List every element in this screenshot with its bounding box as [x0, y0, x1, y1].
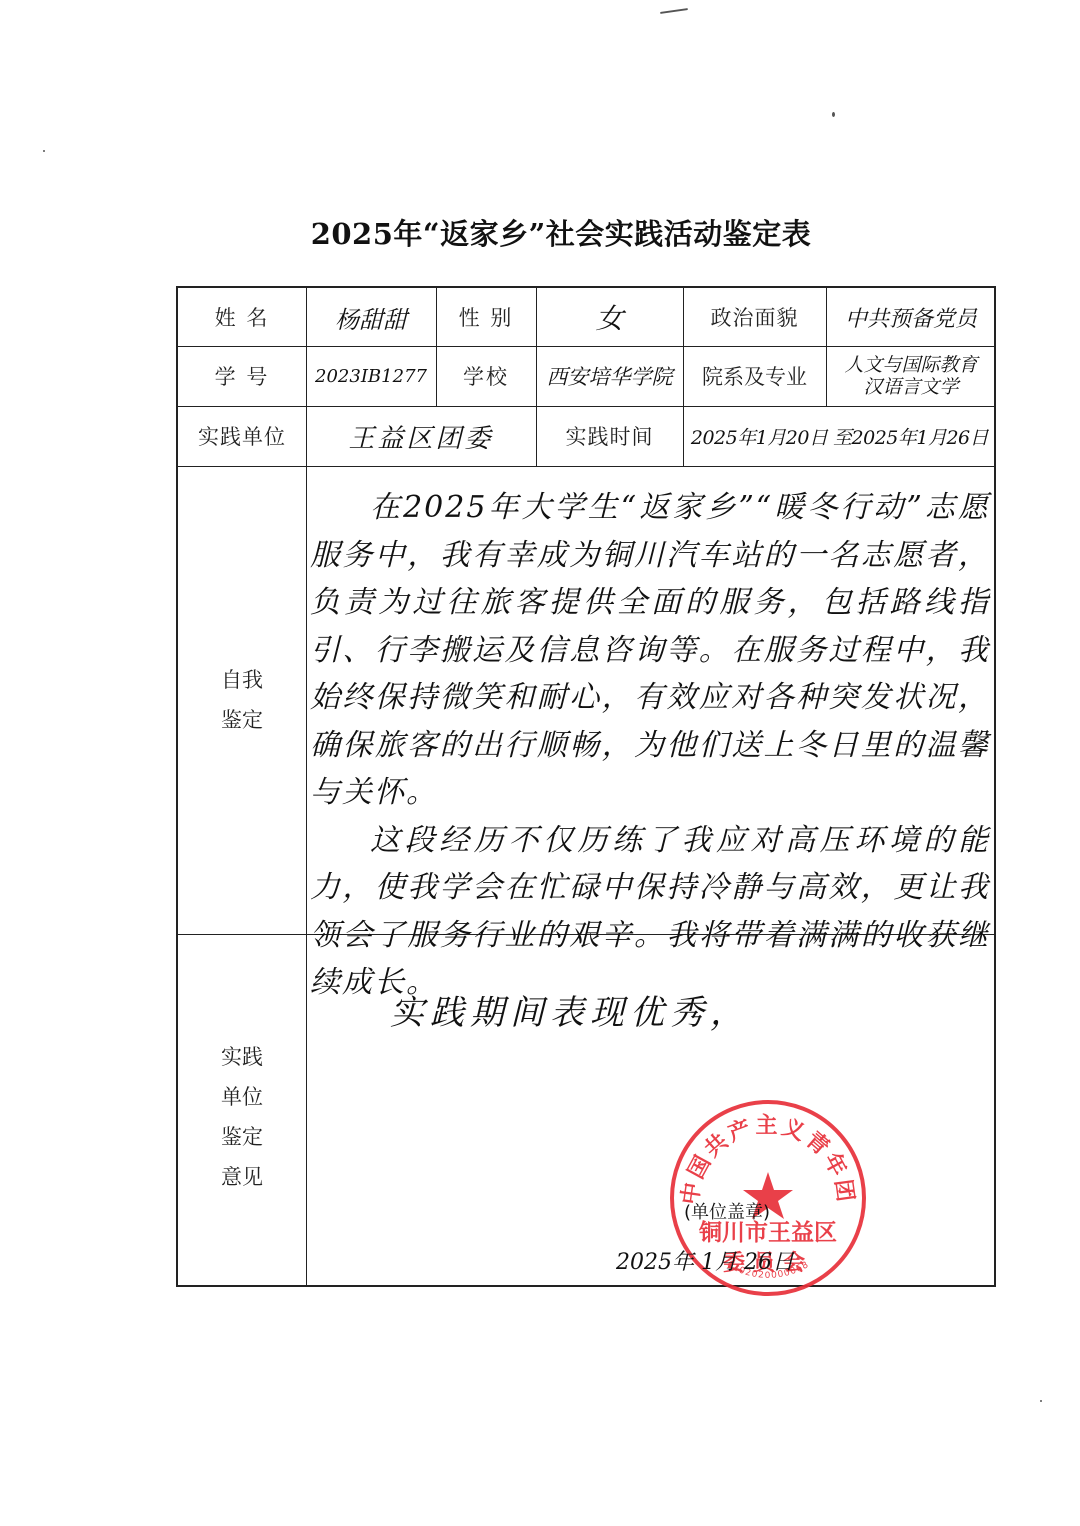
practice-unit-value: 王益区团委: [306, 406, 536, 466]
self-evaluation-label: 自我 鉴定: [178, 466, 306, 934]
scan-speck: [832, 112, 835, 117]
department-label: 院系及专业: [683, 346, 826, 406]
department-value-line2: 汉语言文学: [863, 376, 958, 398]
self-evaluation-text: 在2025年大学生“返家乡”“暖冬行动”志愿服务中，我有幸成为铜川汽车站的一名志…: [310, 484, 990, 1007]
self-evaluation-label-line2: 鉴定: [221, 700, 263, 740]
political-status-label: 政治面貌: [683, 288, 826, 346]
student-id-label: 学 号: [178, 346, 306, 406]
school-label: 学校: [436, 346, 536, 406]
self-evaluation-label-line1: 自我: [221, 660, 263, 700]
gender-label: 性 别: [436, 288, 536, 346]
self-evaluation-paragraph-1: 在2025年大学生“返家乡”“暖冬行动”志愿服务中，我有幸成为铜川汽车站的一名志…: [310, 484, 990, 817]
scan-speck: [660, 8, 688, 14]
practice-time-value: 2025年1月20日 至2025年1月26日: [683, 406, 996, 466]
self-evaluation-paragraph-2: 这段经历不仅历练了我应对高压环境的能力，使我学会在忙碌中保持冷静与高效，更让我领…: [310, 817, 990, 1007]
form-title: 2025年“返家乡”社会实践活动鉴定表: [0, 212, 1080, 253]
student-id-value: 2023IB1277: [306, 346, 436, 406]
practice-unit-label: 实践单位: [178, 406, 306, 466]
department-value: 人文与国际教育 汉语言文学: [826, 346, 996, 406]
scan-speck: [43, 150, 45, 152]
unit-evaluation-label-line: 实践: [221, 1037, 263, 1077]
practice-time-label: 实践时间: [536, 406, 683, 466]
department-value-line1: 人文与国际教育: [844, 354, 977, 376]
scan-speck: [1040, 1400, 1042, 1402]
signature-date: 2025年 1月 26日: [616, 1245, 794, 1276]
seal-placeholder-label: (单位盖章): [684, 1198, 770, 1224]
political-status-value: 中共预备党员: [826, 288, 996, 346]
name-label: 姓 名: [178, 288, 306, 346]
gender-value: 女: [536, 288, 683, 346]
unit-evaluation-label-line: 鉴定: [221, 1117, 263, 1157]
school-value: 西安培华学院: [536, 346, 683, 406]
unit-evaluation-label-line: 单位: [221, 1077, 263, 1117]
unit-evaluation-label-line: 意见: [221, 1157, 263, 1197]
unit-comment: 实践期间表现优秀，: [390, 985, 750, 1034]
unit-evaluation-label: 实践 单位 鉴定 意见: [178, 934, 306, 1285]
evaluation-form-table: 姓 名 杨甜甜 性 别 女 政治面貌 中共预备党员 学 号 2023IB1277…: [176, 286, 996, 1287]
name-value: 杨甜甜: [306, 288, 436, 346]
